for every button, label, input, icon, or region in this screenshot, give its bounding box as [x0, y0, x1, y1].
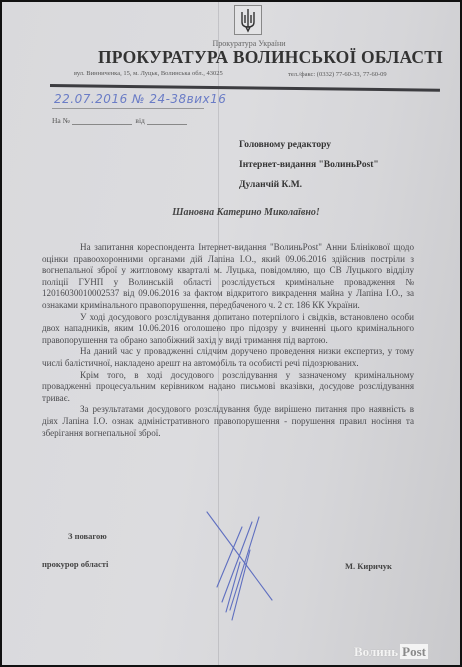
from-blank	[147, 124, 187, 125]
letter-body: На запитання кореспондента Інтернет-вида…	[42, 242, 414, 439]
recipient-line-3: Дуланчій К.М.	[239, 175, 379, 195]
watermark-part-1: Волинь	[354, 644, 398, 659]
image-frame: Прокуратура України ПРОКУРАТУРА ВОЛИНСЬК…	[0, 0, 462, 667]
letter-page: Прокуратура України ПРОКУРАТУРА ВОЛИНСЬК…	[2, 2, 460, 665]
volynpost-watermark: ВолиньPost	[354, 644, 428, 660]
registration-number: 22.07.2016 № 24-38вих16	[54, 92, 226, 106]
header-divider	[50, 84, 440, 92]
closing-regards: З повагою	[68, 531, 107, 541]
handwritten-signature-icon	[192, 492, 292, 622]
signer-name: М. Киричук	[345, 561, 392, 571]
from-label: від	[135, 116, 144, 125]
ref-blank	[72, 124, 132, 125]
reference-line: На № від	[52, 116, 187, 125]
org-title: ПРОКУРАТУРА ВОЛИНСЬКОЇ ОБЛАСТІ	[98, 47, 443, 68]
ref-label: На №	[52, 116, 70, 125]
recipient-line-1: Головному редактору	[239, 135, 379, 155]
signer-role: прокурор області	[42, 559, 108, 569]
paragraph: За результатами досудового розслідування…	[42, 404, 414, 439]
trident-icon	[235, 6, 261, 34]
registration-underline	[52, 108, 204, 109]
paragraph: На даний час у провадженні слідчим доруч…	[42, 346, 414, 369]
salutation: Шановна Катерино Миколаївно!	[2, 207, 460, 218]
recipient-line-2: Інтернет-видання "ВолиньPost"	[239, 155, 379, 175]
trident-emblem-icon	[234, 5, 262, 35]
org-phone: тел./факс: (0332) 77-60-33, 77-60-09	[288, 71, 387, 78]
org-address: вул. Винниченка, 15, м. Луцьк, Волинська…	[74, 70, 223, 77]
paragraph: Крім того, в ході досудового розслідуван…	[42, 370, 414, 405]
recipient-block: Головному редактору Інтернет-видання "Во…	[239, 135, 379, 195]
paragraph: На запитання кореспондента Інтернет-вида…	[42, 242, 414, 312]
paragraph: У ході досудового розслідування допитано…	[42, 312, 414, 347]
watermark-part-2: Post	[400, 644, 428, 659]
